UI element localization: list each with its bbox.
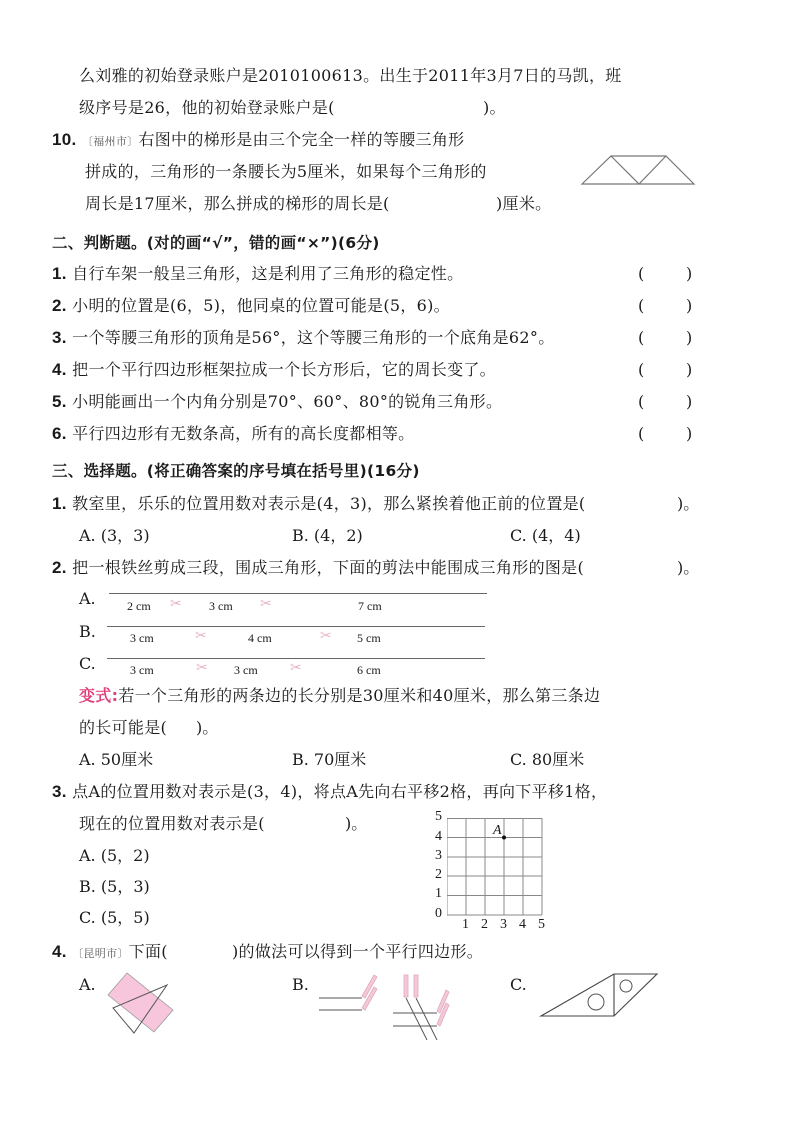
answer-paren-close-1: ) — [686, 264, 692, 284]
x-tick-2: 2 — [481, 918, 488, 932]
item-text: 小明的位置是(6，5)，他同桌的位置可能是(5，6)。 — [72, 296, 450, 315]
wire-c-seg1: 3 cm — [130, 663, 154, 677]
q1-paren-close: )。 — [677, 494, 699, 514]
point-a-marker — [502, 836, 506, 840]
x-tick-5: 5 — [538, 918, 545, 932]
wire-b-label: B. — [79, 622, 96, 642]
wire-a-label: A. — [79, 589, 96, 609]
item-text: 小明能画出一个内角分别是70°、60°、80°的锐角三角形。 — [72, 392, 502, 411]
item-number: 4. — [52, 942, 67, 961]
q4-option-b-label: B. — [292, 975, 309, 995]
q10-line3-prefix: 周长是17厘米，那么拼成的梯形的周长是( — [85, 194, 390, 214]
variant-line1: 变式:若一个三角形的两条边的长分别是30厘米和40厘米，那么第三条边 — [79, 686, 600, 706]
answer-paren-open-2: ( — [638, 296, 644, 316]
q4-figure-a-rectangle-triangle — [100, 965, 180, 1040]
scissor-icon: ✂ — [196, 661, 208, 675]
variant-paren-close: )。 — [196, 718, 218, 738]
q10-text-line1: 右图中的梯形是由三个完全一样的等腰三角形 — [138, 130, 464, 149]
point-a-label: A — [493, 824, 502, 838]
answer-paren-close-5: ) — [686, 392, 692, 412]
q10-number: 10. — [52, 130, 77, 149]
scissor-icon: ✂ — [170, 597, 182, 611]
answer-paren-open-4: ( — [638, 360, 644, 380]
variant-option-c: C. 80厘米 — [510, 750, 584, 770]
item-text: 点A的位置用数对表示是(3，4)，将点A先向右平移2格，再向下平移1格， — [72, 782, 607, 801]
answer-paren-open-6: ( — [638, 424, 644, 444]
variant-option-b: B. 70厘米 — [292, 750, 366, 770]
item-number: 4. — [52, 360, 67, 379]
wire-c-seg3: 6 cm — [357, 663, 381, 677]
answer-paren-open-5: ( — [638, 392, 644, 412]
q10-line2: 拼成的，三角形的一条腰长为5厘米，如果每个三角形的 — [85, 162, 487, 182]
q2-paren-close: )。 — [677, 558, 699, 578]
q1-option-a: A. (3，3) — [79, 526, 150, 546]
q3-option-b: B. (5，3) — [79, 877, 150, 897]
item-text: 下面( — [129, 942, 168, 961]
item-number: 1. — [52, 494, 67, 513]
section2-title: 二、判断题。(对的画“√”，错的画“×”)(6分) — [52, 233, 380, 253]
wire-c-line — [107, 658, 485, 659]
wire-a-seg2: 3 cm — [209, 599, 233, 613]
trapezoid-figure — [578, 150, 700, 190]
item-number: 2. — [52, 558, 67, 577]
x-tick-1: 1 — [462, 918, 469, 932]
scissor-icon: ✂ — [195, 629, 207, 643]
q4-region-tag: 〔昆明市〕 — [72, 947, 129, 960]
choice-q3-line2: 现在的位置用数对表示是( — [79, 814, 265, 834]
variant-text: 若一个三角形的两条边的长分别是30厘米和40厘米，那么第三条边 — [118, 686, 600, 705]
variant-line2: 的长可能是( — [79, 718, 167, 738]
choice-q3-line1: 3. 点A的位置用数对表示是(3，4)，将点A先向右平移2格，再向下平移1格， — [52, 782, 607, 802]
choice-q1-stem: 1. 教室里，乐乐的位置用数对表示是(4，3)，那么紧挨着他正前的位置是( — [52, 494, 585, 514]
answer-paren-close-2: ) — [686, 296, 692, 316]
item-text: 把一根铁丝剪成三段，围成三角形，下面的剪法中能围成三角形的图是( — [72, 558, 584, 577]
item-text: 自行车架一般呈三角形，这是利用了三角形的稳定性。 — [72, 264, 463, 283]
choice-q4-stem-suffix: )的做法可以得到一个平行四边形。 — [232, 942, 483, 962]
judge-item-6: 6. 平行四边形有无数条高，所有的高长度都相等。 — [52, 424, 414, 444]
answer-paren-open-1: ( — [638, 264, 644, 284]
scissor-icon: ✂ — [260, 597, 272, 611]
judge-item-3: 3. 一个等腰三角形的顶角是56°，这个等腰三角形的一个底角是62°。 — [52, 328, 555, 348]
item-number: 5. — [52, 392, 67, 411]
q10-region-tag: 〔福州市〕 — [82, 135, 139, 148]
wire-b-line — [107, 626, 485, 627]
q10-line3-suffix: )厘米。 — [496, 194, 551, 214]
wire-b-seg2: 4 cm — [248, 631, 272, 645]
y-tick-1: 1 — [435, 887, 442, 901]
judge-item-1: 1. 自行车架一般呈三角形，这是利用了三角形的稳定性。 — [52, 264, 463, 284]
q4-figure-b-parallel-lines — [315, 965, 455, 1045]
item-number: 1. — [52, 264, 67, 283]
choice-q2-stem: 2. 把一根铁丝剪成三段，围成三角形，下面的剪法中能围成三角形的图是( — [52, 558, 584, 578]
wire-c-seg2: 3 cm — [234, 663, 258, 677]
q4-figure-c-triangle-rulers — [535, 968, 665, 1023]
answer-paren-close-3: ) — [686, 328, 692, 348]
y-tick-5: 5 — [435, 810, 442, 824]
wire-b-seg1: 3 cm — [130, 631, 154, 645]
wire-c-label: C. — [79, 654, 96, 674]
q9-line2-prefix: 级序号是26，他的初始登录账户是( — [79, 98, 335, 118]
variant-label: 变式: — [79, 686, 118, 705]
q10-line1: 10. 〔福州市〕右图中的梯形是由三个完全一样的等腰三角形 — [52, 130, 464, 152]
wire-a-seg1: 2 cm — [127, 599, 151, 613]
y-tick-4: 4 — [435, 830, 442, 844]
y-tick-3: 3 — [435, 849, 442, 863]
scissor-icon: ✂ — [290, 661, 302, 675]
wire-b-seg3: 5 cm — [357, 631, 381, 645]
item-number: 2. — [52, 296, 67, 315]
q4-option-c-label: C. — [510, 975, 527, 995]
item-text: 教室里，乐乐的位置用数对表示是(4，3)，那么紧挨着他正前的位置是( — [72, 494, 585, 513]
answer-paren-close-6: ) — [686, 424, 692, 444]
judge-item-2: 2. 小明的位置是(6，5)，他同桌的位置可能是(5，6)。 — [52, 296, 450, 316]
item-number: 3. — [52, 328, 67, 347]
answer-paren-open-3: ( — [638, 328, 644, 348]
item-number: 6. — [52, 424, 67, 443]
scissor-icon: ✂ — [320, 629, 332, 643]
q3-option-c: C. (5，5) — [79, 908, 150, 928]
item-text: 一个等腰三角形的顶角是56°，这个等腰三角形的一个底角是62°。 — [72, 328, 554, 347]
q1-option-b: B. (4，2) — [292, 526, 363, 546]
choice-q4-stem: 4. 〔昆明市〕下面( — [52, 942, 168, 964]
y-tick-0: 0 — [435, 907, 442, 921]
q4-option-a-label: A. — [79, 975, 96, 995]
section3-title: 三、选择题。(将正确答案的序号填在括号里)(16分) — [52, 461, 420, 481]
q9-line1: 么刘雅的初始登录账户是2010100613。出生于2011年3月7日的马凯，班 — [79, 66, 622, 86]
item-text: 把一个平行四边形框架拉成一个长方形后，它的周长变了。 — [72, 360, 496, 379]
q1-option-c: C. (4，4) — [510, 526, 581, 546]
wire-a-line — [109, 593, 487, 594]
item-text: 平行四边形有无数条高，所有的高长度都相等。 — [72, 424, 414, 443]
y-tick-2: 2 — [435, 868, 442, 882]
wire-a-seg3: 7 cm — [358, 599, 382, 613]
x-tick-3: 3 — [500, 918, 507, 932]
q3-paren-close: )。 — [345, 814, 367, 834]
q9-answer-blank-close: )。 — [483, 98, 506, 118]
variant-option-a: A. 50厘米 — [79, 750, 153, 770]
x-tick-4: 4 — [519, 918, 526, 932]
answer-paren-close-4: ) — [686, 360, 692, 380]
judge-item-4: 4. 把一个平行四边形框架拉成一个长方形后，它的周长变了。 — [52, 360, 496, 380]
judge-item-5: 5. 小明能画出一个内角分别是70°、60°、80°的锐角三角形。 — [52, 392, 502, 412]
item-number: 3. — [52, 782, 67, 801]
q3-option-a: A. (5，2) — [79, 846, 150, 866]
